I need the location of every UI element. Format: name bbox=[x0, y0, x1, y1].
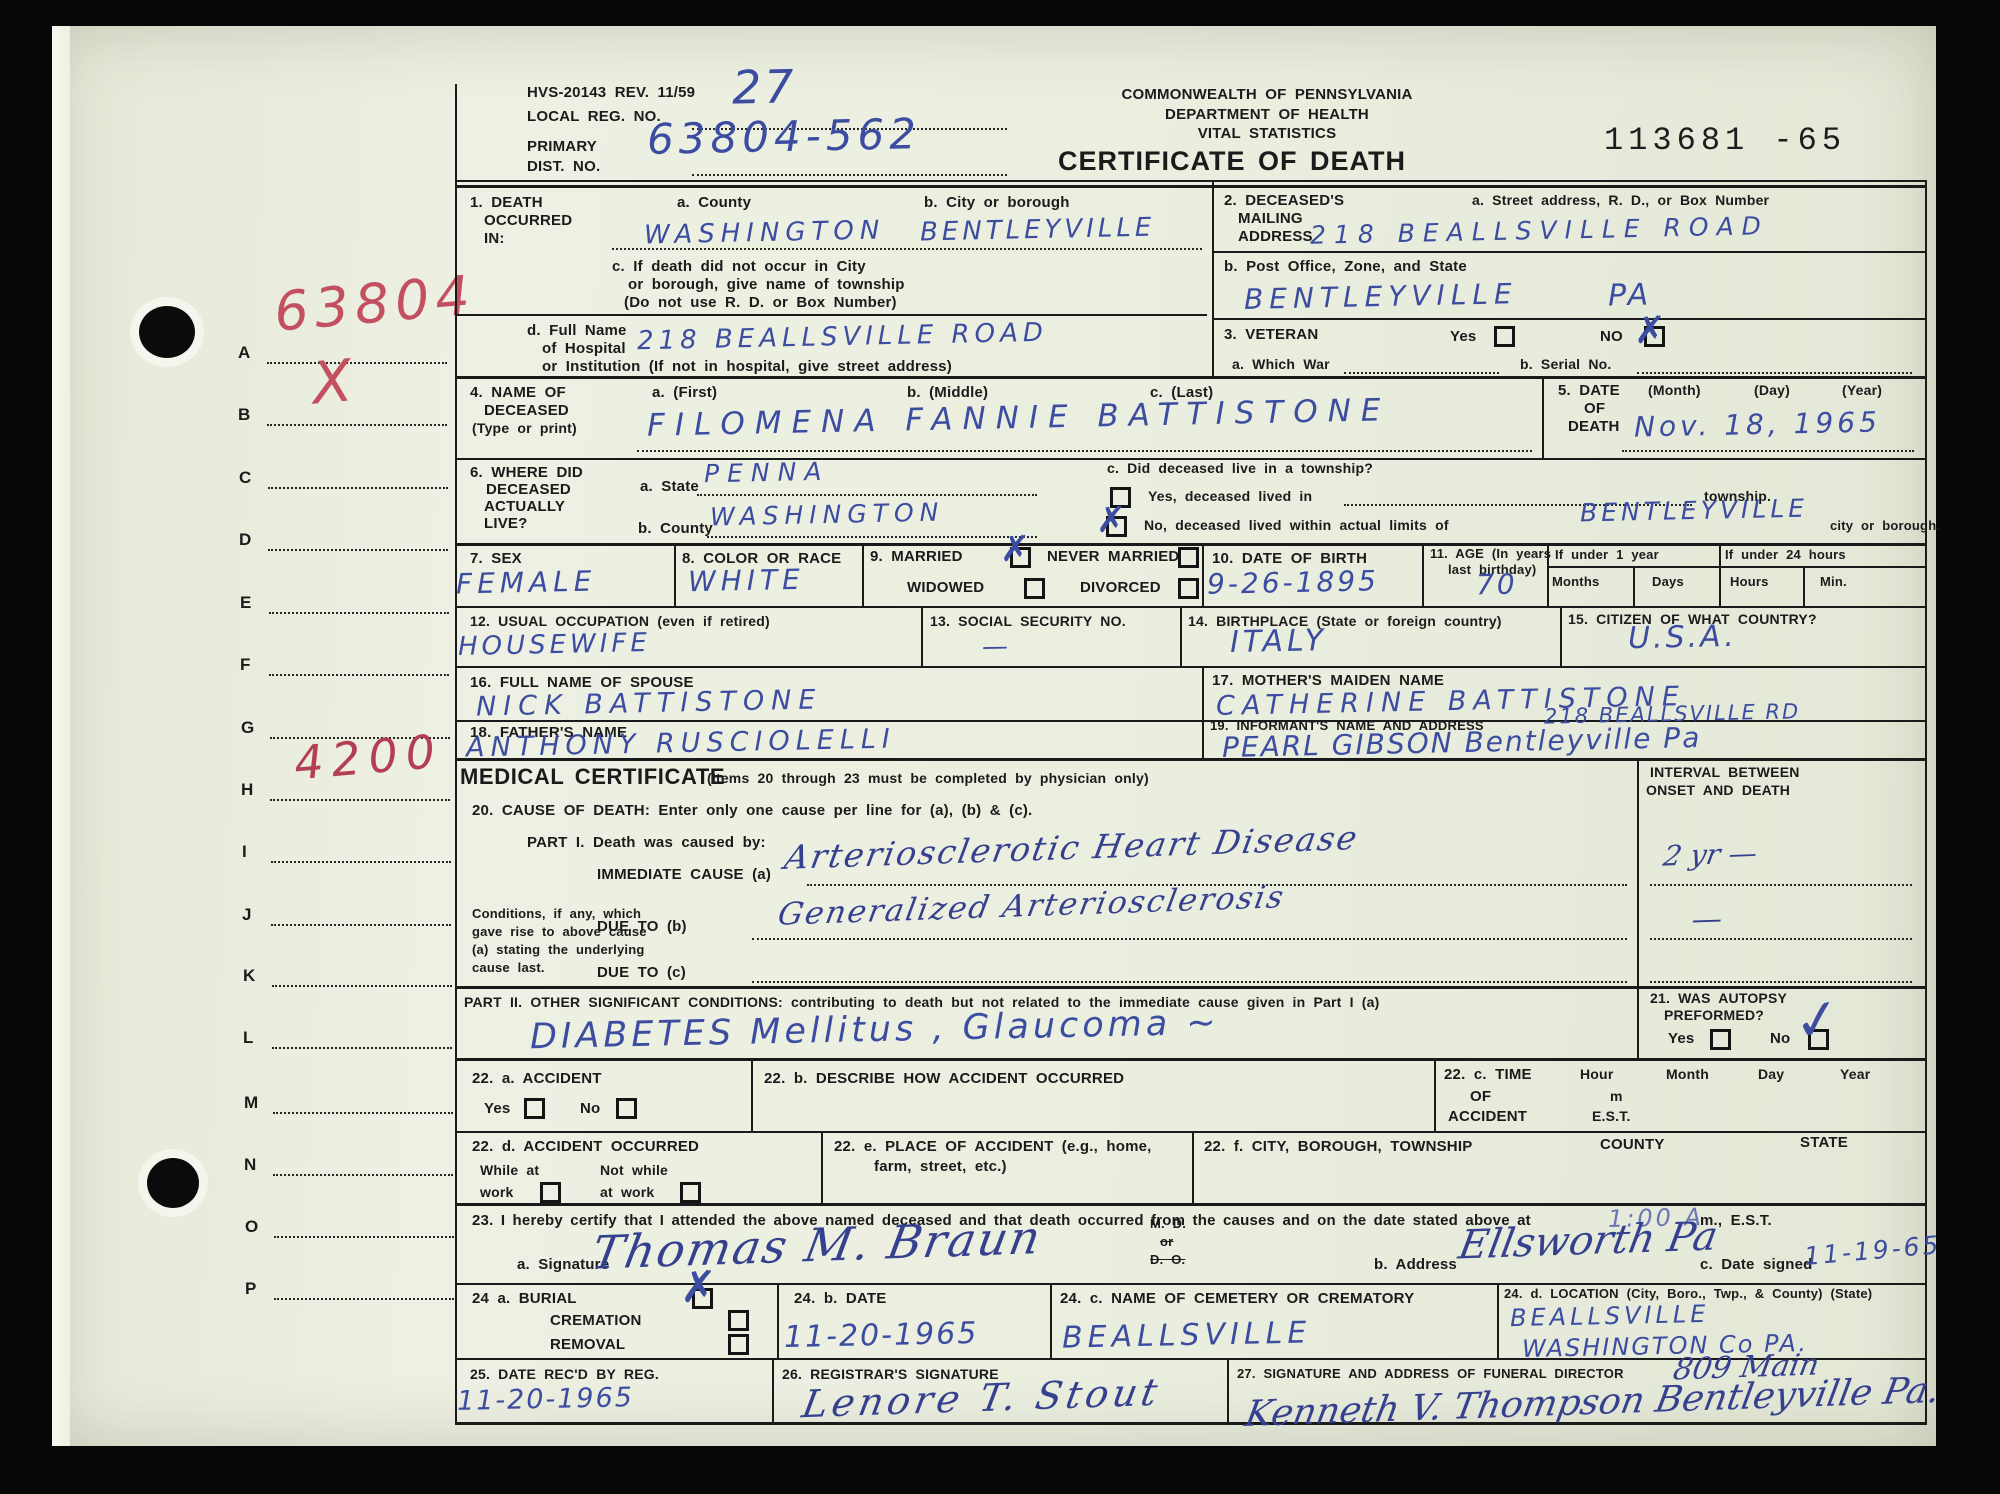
rule bbox=[1214, 318, 1925, 320]
primary-dist-dotline bbox=[692, 174, 1007, 176]
s22c-m-label: m bbox=[1610, 1088, 1623, 1104]
margin-letter: B bbox=[238, 405, 250, 425]
s24-date-label: 24. b. DATE bbox=[794, 1290, 886, 1307]
s22d-notwhile-label: Not while bbox=[600, 1162, 668, 1178]
s21-autopsy-label2: PREFORMED? bbox=[1664, 1007, 1764, 1023]
s2-title-2: MAILING bbox=[1238, 210, 1303, 227]
part2-value: DIABETES Mellitus , Glaucoma ~ bbox=[530, 1003, 1220, 1057]
rule bbox=[1719, 543, 1721, 606]
primary-dist-label1: PRIMARY bbox=[527, 138, 597, 155]
scanned-death-certificate: A B C D E F G H I J K L M N O P 63804 X … bbox=[0, 0, 2000, 1494]
rule bbox=[921, 606, 923, 666]
s22c-of-label: OF bbox=[1470, 1088, 1491, 1105]
s5-day-label: (Day) bbox=[1754, 382, 1790, 398]
margin-dotline bbox=[268, 487, 448, 489]
s5-title-1: 5. DATE bbox=[1558, 382, 1620, 399]
s9-never-married-label: NEVER MARRIED bbox=[1047, 548, 1179, 565]
s15-citizen-value: U.S.A. bbox=[1628, 619, 1737, 656]
margin-letter: D bbox=[239, 530, 251, 550]
rule bbox=[455, 84, 457, 1424]
s6-title-3: ACTUALLY bbox=[484, 498, 565, 515]
margin-letter: H bbox=[241, 780, 253, 800]
margin-letter: K bbox=[243, 966, 255, 986]
rule bbox=[455, 1058, 1927, 1061]
s6-dotline bbox=[697, 494, 1037, 496]
s23-datesigned-label: c. Date signed bbox=[1700, 1256, 1813, 1273]
interval-header2: ONSET AND DEATH bbox=[1646, 782, 1790, 798]
s20-dotline bbox=[1650, 938, 1912, 940]
s22d-work-checkbox bbox=[540, 1182, 561, 1203]
margin-dotline bbox=[274, 1298, 454, 1300]
s5-date-of-death-value: Nov. 18, 1965 bbox=[1634, 405, 1881, 443]
s1-hospital-value: 218 BEALLSVILLE ROAD bbox=[637, 318, 1048, 357]
margin-letter: G bbox=[241, 718, 254, 738]
rule bbox=[1637, 758, 1639, 1058]
s11-days-label: Days bbox=[1652, 574, 1684, 589]
s2-street-value: 218 BEALLSVILLE ROAD bbox=[1310, 211, 1769, 250]
s4-title-1: 4. NAME OF bbox=[470, 384, 566, 401]
s9-divorced-label: DIVORCED bbox=[1080, 579, 1161, 596]
rule bbox=[1202, 543, 1204, 606]
s20-immediate-cause-label: IMMEDIATE CAUSE (a) bbox=[597, 866, 771, 883]
punch-hole-bottom bbox=[147, 1158, 199, 1208]
margin-letter: F bbox=[240, 655, 250, 675]
certificate-paper: A B C D E F G H I J K L M N O P 63804 X … bbox=[52, 26, 1936, 1446]
s22d-occurred-label: 22. d. ACCIDENT OCCURRED bbox=[472, 1138, 699, 1155]
s20-interval-a-value: 2 yr — bbox=[1661, 836, 1760, 872]
margin-dotline bbox=[268, 549, 448, 551]
s20-cause-b-value: Generalized Arteriosclerosis bbox=[775, 879, 1288, 933]
s6-title-1: 6. WHERE DID bbox=[470, 464, 583, 481]
s11-age-value: 70 bbox=[1476, 568, 1518, 602]
rule bbox=[455, 185, 1927, 188]
s20-due-b-label: DUE TO (b) bbox=[597, 918, 687, 935]
s1-d-line3: or Institution (If not in hospital, give… bbox=[542, 358, 952, 375]
rule bbox=[1434, 1058, 1436, 1131]
s5-dotline bbox=[1622, 450, 1914, 452]
s2-street-label: a. Street address, R. D., or Box Number bbox=[1472, 192, 1769, 208]
margin-dotline bbox=[272, 1047, 452, 1049]
rule bbox=[1803, 566, 1805, 606]
s22e-place-label2: farm, street, etc.) bbox=[874, 1158, 1007, 1175]
s22a-no-label: No bbox=[580, 1100, 600, 1117]
s6-state-value: PENNA bbox=[704, 457, 830, 489]
s21-yes-checkbox bbox=[1710, 1029, 1731, 1050]
s22a-yes-checkbox bbox=[524, 1098, 545, 1119]
s21-no-check-mark: ✓ bbox=[1790, 985, 1846, 1056]
interval-header1: INTERVAL BETWEEN bbox=[1650, 764, 1800, 780]
certificate-number-stamp: 113681 -65 bbox=[1604, 122, 1846, 159]
margin-dotline bbox=[272, 985, 452, 987]
s22c-hour-label: Hour bbox=[1580, 1066, 1613, 1082]
margin-dotline bbox=[269, 612, 449, 614]
s22c-month-label: Month bbox=[1666, 1066, 1709, 1082]
primary-dist-label2: DIST. NO. bbox=[527, 158, 600, 175]
s13-ssn-label: 13. SOCIAL SECURITY NO. bbox=[930, 613, 1126, 629]
margin-letter: E bbox=[240, 593, 251, 613]
s2-postoffice-city: BENTLEYVILLE bbox=[1244, 277, 1518, 316]
s1-c-line3: (Do not use R. D. or Box Number) bbox=[624, 294, 897, 311]
s24-removal-label: REMOVAL bbox=[550, 1336, 625, 1353]
s4-dotline bbox=[637, 450, 1532, 452]
rule bbox=[1050, 1283, 1052, 1358]
margin-red-number-mid: 4200 bbox=[292, 724, 445, 791]
margin-dotline bbox=[273, 1174, 453, 1176]
s20-interval-b-value: — bbox=[1689, 901, 1725, 937]
margin-letter: N bbox=[244, 1155, 256, 1175]
s6-title-4: LIVE? bbox=[484, 515, 528, 532]
s22c-est-label: E.S.T. bbox=[1592, 1108, 1631, 1124]
s4-first-label: a. (First) bbox=[652, 384, 717, 401]
margin-letter: I bbox=[242, 842, 247, 862]
s2-title-1: 2. DECEASED'S bbox=[1224, 192, 1344, 209]
s6-county-label: b. County bbox=[638, 520, 713, 537]
s7-sex-label: 7. SEX bbox=[470, 550, 522, 567]
s11-under1yr-label: If under 1 year bbox=[1555, 547, 1659, 562]
rule bbox=[455, 1283, 1927, 1285]
certificate-title: CERTIFICATE OF DEATH bbox=[1012, 146, 1452, 177]
s20-dotline bbox=[1650, 884, 1912, 886]
s1-c-line1: c. If death did not occur in City bbox=[612, 258, 866, 275]
rule bbox=[1633, 566, 1635, 606]
s3-dotline bbox=[1344, 372, 1499, 374]
s9-widowed-checkbox bbox=[1024, 578, 1045, 599]
margin-dotline bbox=[271, 924, 451, 926]
s20-cond-line4: cause last. bbox=[472, 960, 545, 975]
primary-dist-value: 63804-562 bbox=[647, 109, 922, 164]
s21-autopsy-label1: 21. WAS AUTOPSY bbox=[1650, 990, 1787, 1006]
s22d-atwork-label: at work bbox=[600, 1184, 654, 1200]
s6-no-text: No, deceased lived within actual limits … bbox=[1144, 517, 1449, 533]
s3-whichwar-label: a. Which War bbox=[1232, 356, 1330, 372]
s22a-accident-label: 22. a. ACCIDENT bbox=[472, 1070, 602, 1087]
s4-middle-label: b. (Middle) bbox=[907, 384, 988, 401]
s24-cremation-label: CREMATION bbox=[550, 1312, 642, 1329]
s6-title-2: DECEASED bbox=[486, 481, 571, 498]
s20-cause-label: 20. CAUSE OF DEATH: Enter only one cause… bbox=[472, 802, 1032, 819]
s23-address-label: b. Address bbox=[1374, 1256, 1457, 1273]
rule bbox=[1212, 180, 1214, 376]
s22c-accident-label: ACCIDENT bbox=[1448, 1108, 1527, 1125]
s12-occupation-value: HOUSEWIFE bbox=[458, 628, 651, 662]
s24-removal-checkbox bbox=[728, 1334, 749, 1355]
s1-c-line2: or borough, give name of township bbox=[628, 276, 905, 293]
s5-year-label: (Year) bbox=[1842, 382, 1882, 398]
margin-letter: A bbox=[238, 343, 250, 363]
s21-no-label: No bbox=[1770, 1030, 1790, 1047]
s6-state-label: a. State bbox=[640, 478, 699, 495]
s22c-year-label: Year bbox=[1840, 1066, 1870, 1082]
s16-spouse-value: NICK BATTISTONE bbox=[476, 684, 823, 722]
margin-letter: C bbox=[239, 468, 251, 488]
s3-veteran-label: 3. VETERAN bbox=[1224, 326, 1318, 343]
s24-location-label: 24. d. LOCATION (City, Boro., Twp., & Co… bbox=[1504, 1286, 1872, 1301]
s1-county-label: a. County bbox=[677, 194, 751, 211]
margin-letter: O bbox=[245, 1217, 258, 1237]
s24-burial-x-mark: ✗ bbox=[680, 1262, 717, 1313]
rule bbox=[455, 606, 1927, 608]
margin-dotline bbox=[270, 799, 450, 801]
rule bbox=[1422, 543, 1424, 606]
punch-hole-top bbox=[139, 306, 195, 358]
margin-red-number-top: 63804 bbox=[272, 263, 479, 343]
s24-date-value: 11-20-1965 bbox=[784, 1316, 979, 1355]
s4-title-2: DECEASED bbox=[484, 402, 569, 419]
s13-ssn-value: — bbox=[982, 632, 1012, 663]
medical-certificate-note: (Items 20 through 23 must be completed b… bbox=[707, 770, 1149, 786]
s22f-city-label: 22. f. CITY, BOROUGH, TOWNSHIP bbox=[1204, 1138, 1472, 1155]
rule bbox=[455, 376, 1927, 379]
s11-hours-label: Hours bbox=[1730, 574, 1769, 589]
s6-dotline bbox=[707, 536, 1037, 538]
s6-township-question: c. Did deceased live in a township? bbox=[1107, 460, 1373, 476]
s9-never-married-checkbox bbox=[1178, 547, 1199, 568]
rule bbox=[1547, 566, 1927, 568]
s6-no-x-mark: ✗ bbox=[1096, 500, 1126, 541]
rule bbox=[772, 1358, 774, 1422]
s1-county-value: WASHINGTON bbox=[644, 215, 886, 250]
s9-divorced-checkbox bbox=[1178, 578, 1199, 599]
s6-no-value: BENTLEYVILLE bbox=[1580, 494, 1809, 528]
rule bbox=[674, 543, 676, 606]
s23-datesigned-value: 11-19-65 bbox=[1803, 1230, 1942, 1271]
s22d-while-label: While at bbox=[480, 1162, 539, 1178]
rule bbox=[455, 1131, 1927, 1133]
margin-dotline bbox=[267, 362, 447, 364]
s4-name-value: FILOMENA FANNIE BATTISTONE bbox=[647, 392, 1391, 444]
rule bbox=[1202, 666, 1204, 758]
part2-label: PART II. OTHER SIGNIFICANT CONDITIONS: c… bbox=[464, 994, 1379, 1010]
s4-title-3: (Type or print) bbox=[472, 420, 577, 436]
s20-due-c-label: DUE TO (c) bbox=[597, 964, 686, 981]
s23-address-value: Ellsworth Pa bbox=[1455, 1214, 1721, 1269]
s8-race-value: WHITE bbox=[688, 563, 805, 598]
rule bbox=[457, 314, 1207, 316]
margin-letter: M bbox=[244, 1093, 258, 1113]
s1-title-1: 1. DEATH bbox=[470, 194, 543, 211]
s24-cemetery-label: 24. c. NAME OF CEMETERY OR CREMATORY bbox=[1060, 1290, 1414, 1307]
s2-postoffice-label: b. Post Office, Zone, and State bbox=[1224, 258, 1467, 275]
paper-torn-edge bbox=[52, 26, 70, 1446]
margin-dotline bbox=[274, 1236, 454, 1238]
s25-daterecd-label: 25. DATE REC'D BY REG. bbox=[470, 1366, 659, 1382]
s11-under24h-label: If under 24 hours bbox=[1725, 547, 1846, 562]
s20-dotline bbox=[752, 981, 1627, 983]
s2-title-3: ADDRESS bbox=[1238, 228, 1313, 245]
s22e-place-label1: 22. e. PLACE OF ACCIDENT (e.g., home, bbox=[834, 1138, 1152, 1155]
rule bbox=[455, 986, 1927, 989]
margin-dotline bbox=[271, 861, 451, 863]
rule bbox=[1192, 1131, 1194, 1203]
s20-part1-label: PART I. Death was caused by: bbox=[527, 834, 766, 851]
medical-certificate-title: MEDICAL CERTIFICATE bbox=[460, 764, 725, 790]
s23-do-label: D. O. bbox=[1150, 1252, 1185, 1267]
rule bbox=[1560, 606, 1562, 666]
s3-no-x-mark: ✗ bbox=[1634, 308, 1666, 352]
agency-line1: COMMONWEALTH OF PENNSYLVANIA bbox=[1087, 86, 1447, 103]
s6-yes-text: Yes, deceased lived in bbox=[1148, 488, 1312, 504]
rule bbox=[455, 666, 1927, 668]
rule bbox=[1214, 251, 1925, 253]
rule bbox=[1227, 1358, 1229, 1422]
s20-dotline bbox=[752, 938, 1627, 940]
s22a-no-checkbox bbox=[616, 1098, 637, 1119]
rule bbox=[455, 1422, 1927, 1425]
rule bbox=[1542, 376, 1544, 458]
margin-letter: P bbox=[245, 1279, 256, 1299]
rule bbox=[777, 1283, 779, 1358]
rule bbox=[1497, 1283, 1499, 1358]
s3-yes-label: Yes bbox=[1450, 328, 1476, 345]
s22c-day-label: Day bbox=[1758, 1066, 1784, 1082]
s22c-time-label: 22. c. TIME bbox=[1444, 1066, 1532, 1083]
s1-dotline bbox=[612, 248, 1202, 250]
s3-dotline bbox=[1637, 372, 1912, 374]
s24-cremation-checkbox bbox=[728, 1310, 749, 1331]
s25-daterecd-value: 11-20-1965 bbox=[457, 1382, 635, 1417]
s23-md-label: M. D. bbox=[1150, 1216, 1186, 1231]
s24-cemetery-value: BEALLSVILLE bbox=[1062, 1315, 1312, 1355]
form-number: HVS-20143 REV. 11/59 bbox=[527, 84, 695, 101]
s1-title-3: IN: bbox=[484, 230, 505, 247]
margin-letter: L bbox=[243, 1028, 253, 1048]
s22f-county-label: COUNTY bbox=[1600, 1136, 1665, 1153]
s5-title-2: OF bbox=[1584, 400, 1605, 417]
s27-funeral-director-label: 27. SIGNATURE AND ADDRESS OF FUNERAL DIR… bbox=[1237, 1366, 1624, 1381]
s20-cond-line3: (a) stating the underlying bbox=[472, 942, 644, 957]
margin-dotline bbox=[267, 424, 447, 426]
margin-dotline bbox=[273, 1112, 453, 1114]
s22d-atwork-checkbox bbox=[680, 1182, 701, 1203]
rule bbox=[821, 1131, 823, 1203]
s9-married-x-mark: ✗ bbox=[1000, 529, 1030, 570]
s5-title-3: DEATH bbox=[1568, 418, 1620, 435]
s1-d-line1: d. Full Name bbox=[527, 322, 627, 339]
s20-dotline bbox=[1650, 981, 1912, 983]
margin-letter: J bbox=[242, 905, 251, 925]
margin-red-x: X bbox=[309, 346, 355, 417]
s1-title-2: OCCURRED bbox=[484, 212, 572, 229]
s14-birthplace-value: ITALY bbox=[1230, 623, 1328, 660]
s6-county-value: WASHINGTON bbox=[710, 498, 945, 532]
s20-cause-a-value: Arteriosclerotic Heart Disease bbox=[782, 818, 1362, 877]
s5-month-label: (Month) bbox=[1648, 382, 1701, 398]
s3-serial-label: b. Serial No. bbox=[1520, 356, 1612, 372]
s11-months-label: Months bbox=[1552, 574, 1599, 589]
s21-yes-label: Yes bbox=[1668, 1030, 1694, 1047]
s7-sex-value: FEMALE bbox=[456, 565, 597, 601]
s1-city-value: BENTLEYVILLE bbox=[920, 213, 1156, 248]
s24-burial-label: 24 a. BURIAL bbox=[472, 1290, 577, 1307]
s12-occupation-label: 12. USUAL OCCUPATION (even if retired) bbox=[470, 613, 770, 629]
s24-location-value1: BEALLSVILLE bbox=[1510, 1300, 1710, 1332]
s23-or-label: or bbox=[1160, 1234, 1173, 1249]
s22a-yes-label: Yes bbox=[484, 1100, 510, 1117]
s22f-state-label: STATE bbox=[1800, 1134, 1848, 1151]
rule bbox=[751, 1058, 753, 1131]
agency-line3: VITAL STATISTICS bbox=[1087, 125, 1447, 142]
s11-min-label: Min. bbox=[1820, 574, 1847, 589]
local-reg-label: LOCAL REG. NO. bbox=[527, 108, 661, 125]
margin-dotline bbox=[269, 674, 449, 676]
rule bbox=[455, 1203, 1927, 1206]
s9-widowed-label: WIDOWED bbox=[907, 579, 984, 596]
s22d-work-label: work bbox=[480, 1184, 513, 1200]
s9-married-label: 9. MARRIED bbox=[870, 548, 963, 565]
agency-line2: DEPARTMENT OF HEALTH bbox=[1087, 106, 1447, 123]
s22b-describe-label: 22. b. DESCRIBE HOW ACCIDENT OCCURRED bbox=[764, 1070, 1124, 1087]
s1-city-label: b. City or borough bbox=[924, 194, 1070, 211]
s10-dob-value: 9-26-1895 bbox=[1207, 564, 1380, 601]
s3-yes-checkbox bbox=[1494, 326, 1515, 347]
s3-no-label: NO bbox=[1600, 328, 1623, 345]
rule bbox=[862, 543, 864, 606]
rule bbox=[455, 180, 1927, 182]
rule bbox=[1180, 606, 1182, 666]
s11-age-label1: 11. AGE (In years bbox=[1430, 546, 1551, 561]
s1-d-line2: of Hospital bbox=[542, 340, 626, 357]
local-reg-value: 27 bbox=[731, 59, 797, 114]
s6-no-suffix: city or borough. bbox=[1830, 518, 1940, 533]
